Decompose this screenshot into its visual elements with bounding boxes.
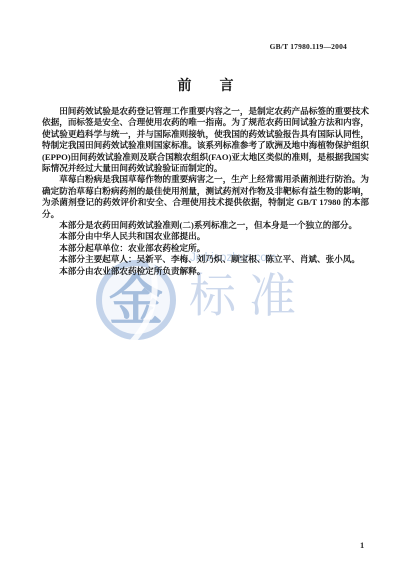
foreword-paragraph: 田间药效试验是农药登记管理工作重要内容之一，是制定农药产品标签的重要技术依据，而… [42,106,369,174]
standard-number-header: GB/T 17980.119—2004 [270,42,347,51]
foreword-paragraph: 本部分是农药田间药效试验准则(二)系列标准之一，但本身是一个独立的部分。 [42,220,369,231]
foreword-paragraph: 本部分由中华人民共和国农业部提出。 [42,231,369,242]
foreword-paragraph: 草莓白粉病是我国草莓作物的重要病害之一，生产上经常需用杀菌剂进行防治。为确定防治… [42,174,369,220]
foreword-paragraph: 本部分由农业部农药检定所负责解释。 [42,266,369,277]
foreword-body: 田间药效试验是农药登记管理工作重要内容之一，是制定农药产品标签的重要技术依据，而… [42,106,369,277]
foreword-paragraph: 本部分起草单位：农业部农药检定所。 [42,243,369,254]
page-number: 1 [360,540,364,550]
page-title: 前 言 [42,75,369,95]
logo-gold-character: 金 [109,271,163,331]
foreword-paragraph: 本部分主要起草人：吴新平、李梅、刘乃炽、顾宝根、陈立平、肖斌、张小凤。 [42,254,369,265]
standard-document-page: 金 Jinbiaozhun.com 标准 GB/T 17980.119—2004… [0,0,400,585]
watermark-brand-text: 标准 [189,272,309,324]
